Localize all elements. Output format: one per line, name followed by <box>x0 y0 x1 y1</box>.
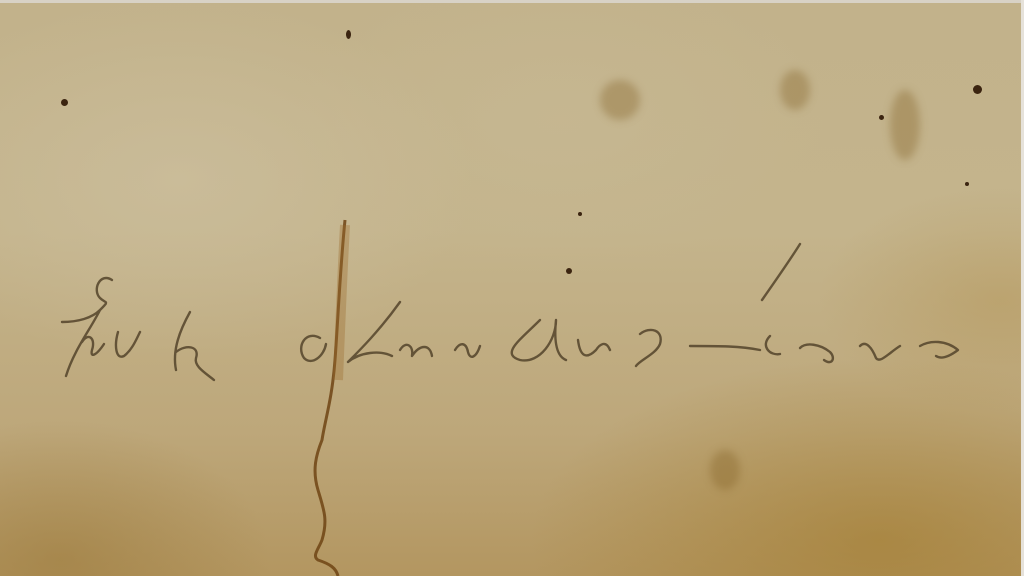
aged-paper: Erik Anderssons <box>0 0 1024 576</box>
paper-markings <box>0 0 1024 576</box>
signature-strokes <box>62 244 958 380</box>
